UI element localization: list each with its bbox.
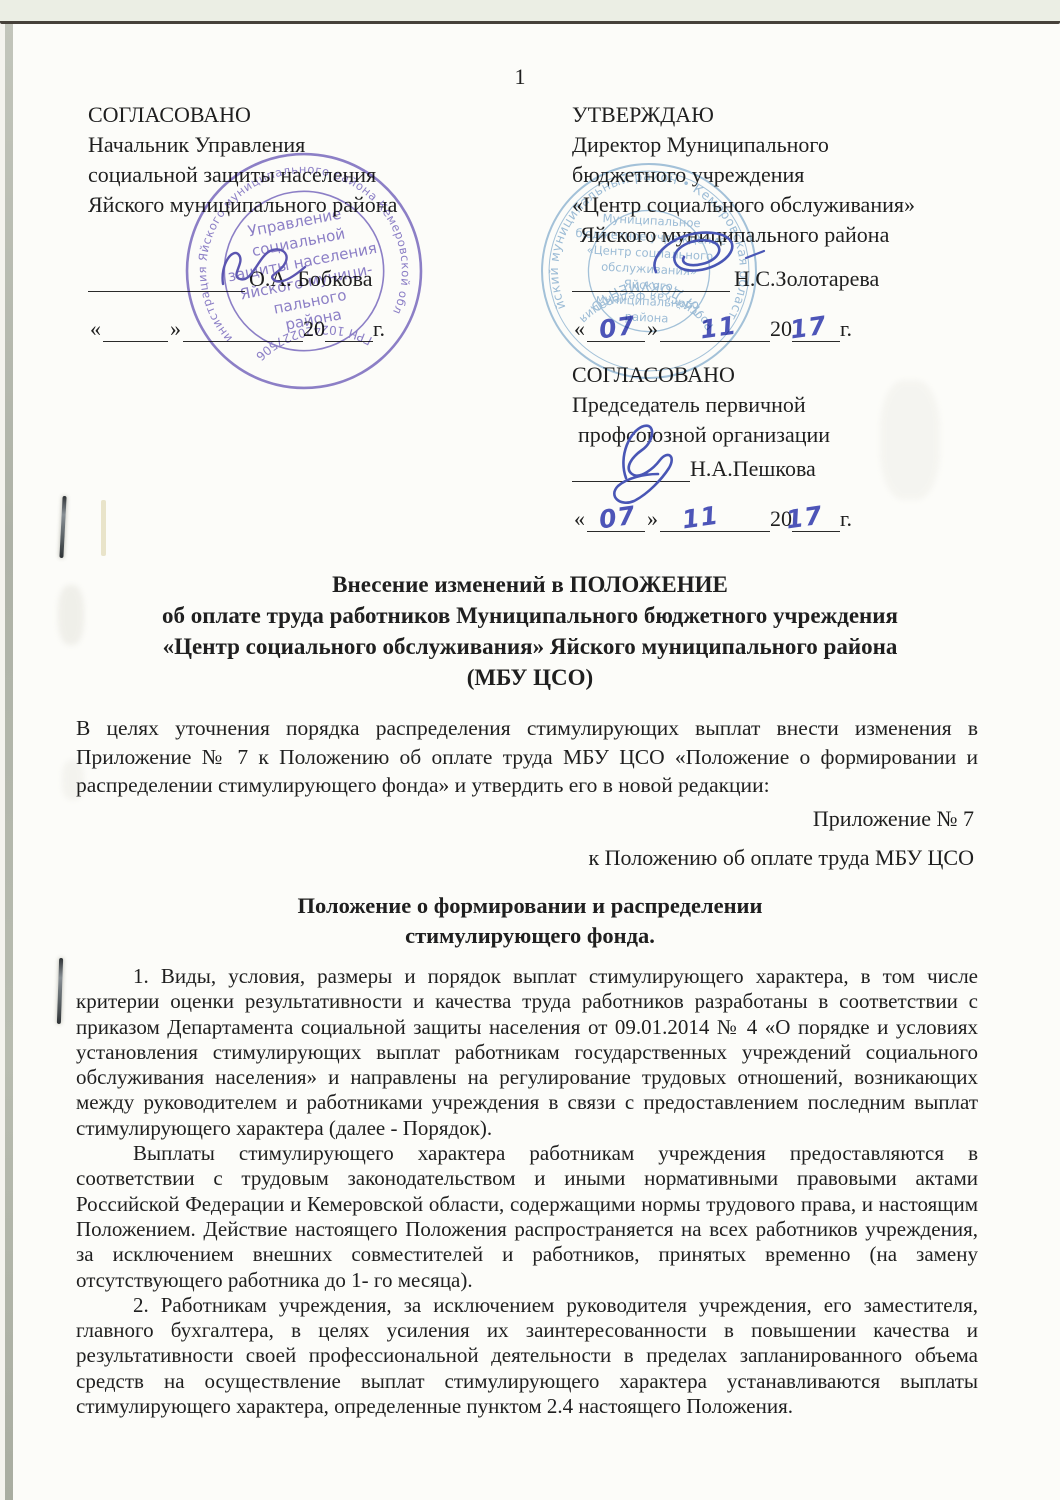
year-underline: 17 — [792, 503, 840, 532]
staple-mark — [101, 500, 106, 556]
title-line: «Центр социального обслуживания» Яйского… — [30, 631, 1030, 662]
bleed-through-smudge — [880, 380, 940, 500]
paragraph: 2. Работникам учреждения, за исключением… — [76, 1293, 978, 1419]
approval-label: УТВЕРЖДАЮ — [572, 100, 915, 130]
approval-label: СОГЛАСОВАНО — [88, 100, 397, 130]
stamp-center-line: района — [624, 309, 668, 325]
title-line: Внесение изменений в ПОЛОЖЕНИЕ — [30, 569, 1030, 600]
page-number: 1 — [0, 64, 1040, 90]
day-underline — [103, 313, 168, 342]
section-heading-line: стимулирующего фонда. — [30, 921, 1030, 951]
title-line: (МБУ ЦСО) — [30, 662, 1030, 693]
quote-close: » — [168, 316, 183, 342]
intro-paragraph: В целях уточнения порядка распределения … — [76, 714, 978, 800]
handwritten-year: 17 — [788, 311, 828, 345]
section-heading: Положение о формировании и распределении… — [30, 891, 1030, 951]
staple — [59, 496, 66, 558]
quote-open: « — [572, 506, 587, 532]
quote-open: « — [88, 316, 103, 342]
year-era: г. — [840, 316, 852, 342]
annex-reference-line: к Положению об оплате труда МБУ ЦСО — [76, 845, 974, 871]
signature-bobkova — [218, 242, 310, 294]
scan-top-edge — [0, 0, 1060, 21]
body-text: 1. Виды, условия, размеры и порядок выпл… — [76, 964, 978, 1419]
signature-peshkova — [596, 416, 716, 510]
paragraph: 1. Виды, условия, размеры и порядок выпл… — [76, 964, 978, 1141]
document-title: Внесение изменений в ПОЛОЖЕНИЕ об оплате… — [30, 569, 1030, 693]
staple — [57, 958, 63, 1024]
handwritten-year: 17 — [784, 501, 824, 535]
title-line: об оплате труда работников Муниципальног… — [30, 600, 1030, 631]
scan-top-shadow-line — [0, 21, 1060, 24]
approval-org-line: Директор Муниципального — [572, 130, 915, 160]
signature-zolotareva — [642, 224, 772, 286]
section-heading-line: Положение о формировании и распределении — [30, 891, 1030, 921]
year-underline: 17 — [792, 313, 840, 342]
scan-left-shadow-line — [5, 24, 13, 1500]
year-era: г. — [840, 506, 852, 532]
paragraph: Выплаты стимулирующего характера работни… — [76, 1141, 978, 1293]
annex-reference-line: Приложение № 7 — [76, 806, 974, 832]
